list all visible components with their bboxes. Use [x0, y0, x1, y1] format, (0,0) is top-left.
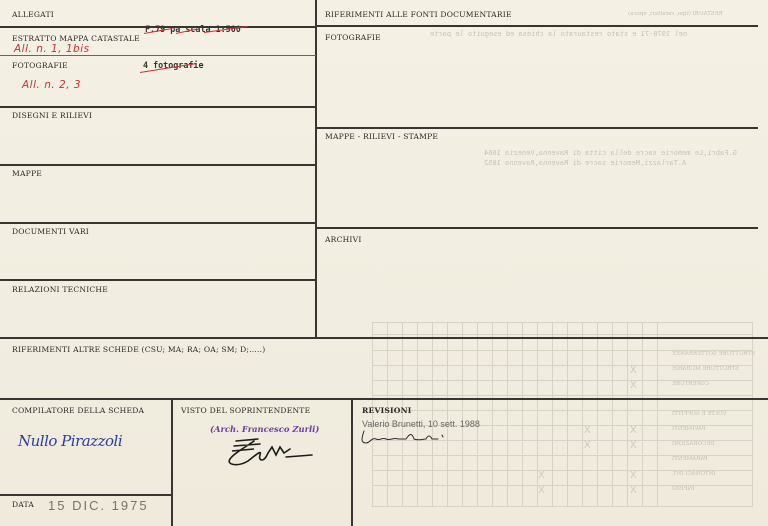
riferimenti-altre-schede-label: RIFERIMENTI ALTRE SCHEDE (CSU; MA; RA; O… [12, 345, 265, 354]
rule-fotografie [0, 106, 316, 108]
mappe-label: MAPPE [12, 169, 42, 178]
rule-documenti [0, 279, 316, 281]
estratto-handwritten-note: All. n. 1, 1bis [14, 43, 90, 55]
revisioni-signature-icon [358, 429, 458, 447]
rule-mappe-rilievi [316, 227, 758, 229]
documenti-vari-label: DOCUMENTI VARI [12, 227, 89, 236]
ghost-biblio-2: A.Tarlazzi,Memorie sacre di Ravenna,Rave… [484, 159, 686, 167]
relazioni-tecniche-label: RELAZIONI TECNICHE [12, 285, 108, 294]
disegni-label: DISEGNI E RILIEVI [12, 111, 92, 120]
data-label: DATA [12, 500, 34, 509]
rule-disegni [0, 164, 316, 166]
revisioni-label: REVISIONI [362, 406, 412, 415]
ghost-row-1: STRUTTURE SOTTERRANEE [672, 351, 755, 357]
ghost-restauri-label: RESTAURI (tipo, caratteri, epoca) [628, 11, 723, 17]
soprintendente-signature-icon [224, 437, 316, 469]
ghost-row-6: PAVIMENTI [672, 426, 705, 432]
fotografie-label: FOTOGRAFIE [12, 61, 68, 70]
date-stamp: 15 DIC. 1975 [48, 498, 149, 513]
visto-soprintendente-label: VISTO DEL SOPRINTENDENTE [181, 406, 310, 415]
revisioni-entry: Valerio Brunetti, 10 sett. 1988 [362, 419, 480, 429]
estratto-mappa-label: ESTRATTO MAPPA CATASTALE [12, 34, 140, 43]
column-divider [315, 0, 317, 338]
rule-data [0, 494, 172, 496]
rule-bottom-section [0, 398, 768, 400]
mappe-rilievi-stampe-label: MAPPE - RILIEVI - STAMPE [325, 132, 438, 141]
rule-riferimenti-header [316, 25, 758, 27]
ghost-row-2: STRUTTURE MURARIE [672, 366, 739, 372]
compilatore-label: COMPILATORE DELLA SCHEDA [12, 406, 144, 415]
ghost-row-9: INTONACI INT. [672, 471, 716, 477]
riferimenti-fonti-heading: RIFERIMENTI ALLE FONTI DOCUMENTARIE [325, 10, 512, 19]
ghost-row-10: INFISSI [672, 486, 695, 492]
ghost-row-5: VOLTE E SOFFITTI [672, 411, 726, 417]
compilatore-signature: Nullo Pirazzoli [18, 432, 122, 450]
ghost-row-3: COPERTURE [672, 381, 709, 387]
rule-riferimenti-altre [0, 337, 768, 339]
form-sheet: RESTAURI (tipo, caratteri, epoca) nel 19… [0, 0, 768, 526]
fotografie-right-label: FOTOGRAFIE [325, 33, 381, 42]
ghost-restauri-text: nel 1970-71 e stato restaurato la chiesa… [430, 30, 687, 38]
divider-compilatore [171, 398, 173, 526]
allegati-heading: ALLEGATI [12, 10, 54, 19]
rule-mappe [0, 222, 316, 224]
ghost-biblio-1: G.Fabri,Le memorie sacre della citta di … [484, 149, 737, 157]
rule-fotografie-right [316, 127, 758, 129]
divider-visto [351, 398, 353, 526]
rule-estratto [0, 55, 316, 56]
soprintendente-stamp: (Arch. Francesco Zurli) [210, 424, 319, 434]
fotografie-value[interactable]: 4 fotografie [143, 60, 204, 70]
ghost-row-8: PARAMENTI [672, 456, 708, 462]
ghost-row-7: DECORAZIONI [672, 441, 715, 447]
archivi-label: ARCHIVI [325, 235, 362, 244]
fotografie-handwritten-note: All. n. 2, 3 [22, 79, 81, 91]
